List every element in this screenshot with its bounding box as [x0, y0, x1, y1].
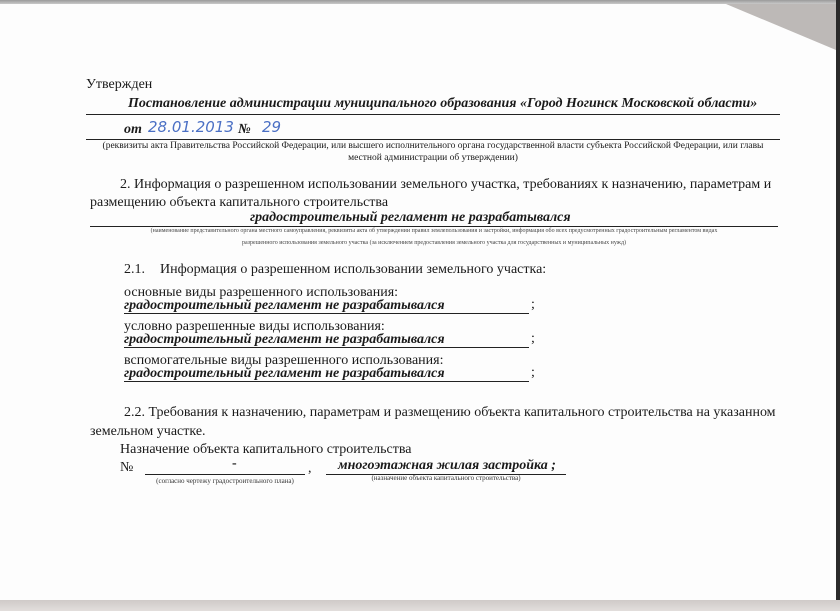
section21-number: 2.1.: [124, 262, 145, 278]
number-value: 29: [262, 118, 281, 136]
section21-heading: Информация о разрешенном использовании з…: [160, 262, 546, 278]
section22-heading-line2: земельном участке.: [90, 424, 206, 440]
conditional-uses-underline: [124, 347, 529, 348]
section22-heading-line1: 2.2. Требования к назначению, параметрам…: [124, 405, 776, 421]
main-uses-underline: [124, 313, 529, 314]
conditional-uses-value: градостроительный регламент не разрабаты…: [124, 332, 445, 348]
auxiliary-uses-value: градостроительный регламент не разрабаты…: [124, 366, 445, 382]
act-title: Постановление администрации муниципально…: [128, 96, 757, 112]
main-uses-value: градостроительный регламент не разрабаты…: [124, 298, 445, 314]
scan-bottom-edge: [0, 600, 840, 611]
act-caption-line2: местной администрации об утверждении): [86, 153, 780, 163]
approved-label: Утвержден: [86, 77, 152, 93]
purpose-value: многоэтажная жилая застройка ;: [338, 458, 556, 474]
section2-underline: [90, 226, 778, 227]
section2-caption-line2: разрешенного использования земельного уч…: [90, 240, 778, 246]
purpose-label: Назначение объекта капитального строител…: [120, 442, 411, 458]
section2-value: градостроительный регламент не разрабаты…: [250, 210, 571, 226]
section2-heading-line2: размещению объекта капитального строител…: [90, 195, 388, 211]
object-number-comma: ,: [308, 461, 312, 477]
date-value: 28.01.2013: [148, 118, 234, 136]
purpose-caption: (назначение объекта капитального строите…: [326, 474, 566, 482]
auxiliary-uses-underline: [124, 381, 529, 382]
auxiliary-uses-end: ;: [531, 365, 535, 381]
act-title-underline: [86, 114, 780, 115]
page-corner-fold: [726, 4, 836, 50]
act-caption-line1: (реквизиты акта Правительства Российской…: [86, 141, 780, 151]
object-number-caption: (согласно чертежу градостроительного пла…: [145, 477, 305, 485]
date-prefix: от: [124, 122, 142, 138]
object-number-prefix: №: [120, 460, 133, 476]
section2-heading-line1: 2. Информация о разрешенном использовани…: [120, 177, 771, 193]
section2-caption-line1: (наименование представительного органа м…: [90, 228, 778, 234]
main-uses-end: ;: [531, 297, 535, 313]
number-prefix: №: [238, 122, 251, 138]
object-number-value: -: [232, 456, 237, 472]
object-number-underline: [145, 474, 305, 475]
scan-right-edge: [836, 0, 840, 611]
date-underline: [86, 139, 780, 140]
conditional-uses-end: ;: [531, 331, 535, 347]
